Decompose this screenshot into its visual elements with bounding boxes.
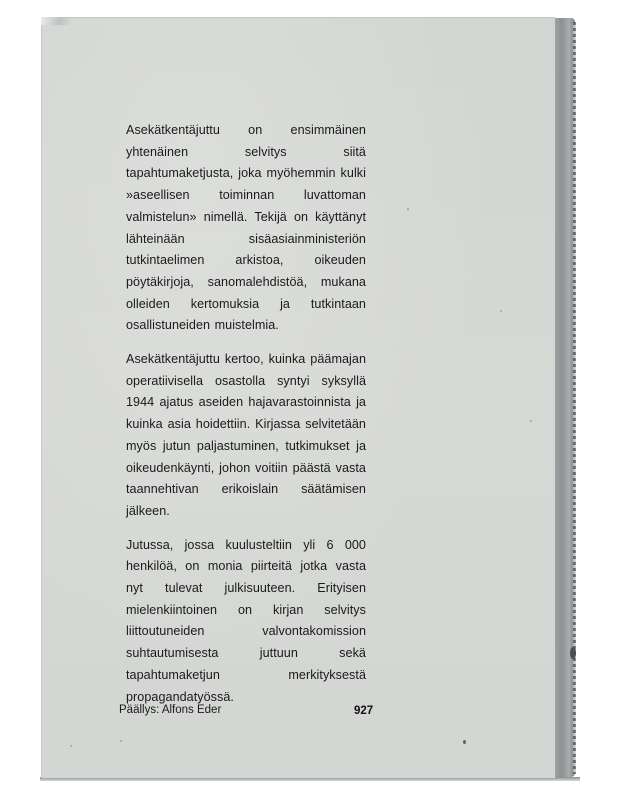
cover-designer-credit: Päällys: Alfons Eder [119, 704, 221, 716]
cover-speck [530, 420, 532, 422]
cover-speck [70, 745, 72, 747]
blurb-paragraph-3: Jutussa, jossa kuulusteltiin yli 6 000 h… [126, 535, 366, 709]
photo-stage: Asekätkentäjuttu on ensimmäinen yhtenäin… [0, 0, 618, 800]
blurb-paragraph-2: Asekätkentäjuttu kertoo, kuinka päämajan… [126, 349, 366, 523]
cover-blurb: Asekätkentäjuttu on ensimmäinen yhtenäin… [126, 120, 366, 720]
blurb-paragraph-1: Asekätkentäjuttu on ensimmäinen yhtenäin… [126, 120, 366, 337]
cover-speck [350, 490, 352, 492]
spine-worn-edge [573, 22, 576, 774]
book-spine [555, 18, 575, 777]
cover-speck [463, 740, 466, 744]
cover-corner-wear [41, 17, 71, 25]
spine-notch [570, 647, 576, 659]
catalog-number: 927 [354, 705, 373, 717]
cover-speck [120, 740, 122, 742]
cover-speck [500, 310, 502, 312]
cover-speck [407, 208, 409, 210]
